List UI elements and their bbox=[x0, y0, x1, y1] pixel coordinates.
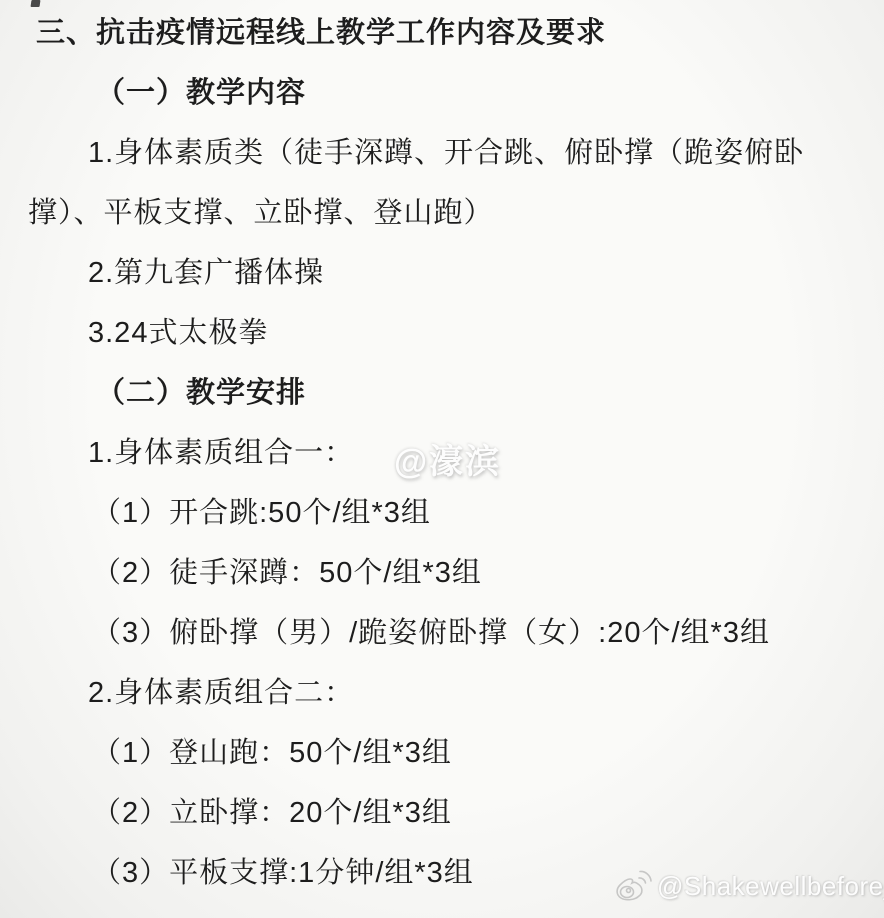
doc-line: （1）登山跑：50个/组*3组 bbox=[0, 723, 884, 783]
document-page: 三、抗击疫情远程线上教学工作内容及要求 （一）教学内容 1.身体素质类（徒手深蹲… bbox=[0, 0, 884, 918]
weibo-icon bbox=[612, 868, 652, 904]
watermark-bottom-text: @Shakewellbefore_ bbox=[657, 871, 884, 902]
page-title: 三、抗击疫情远程线上教学工作内容及要求 bbox=[0, 3, 884, 63]
watermark-center-text: @濠滨 bbox=[394, 443, 501, 481]
doc-line: （2）立卧撑：20个/组*3组 bbox=[0, 783, 884, 843]
doc-line: （1）开合跳:50个/组*3组 bbox=[0, 483, 884, 543]
doc-line: 撑）、平板支撑、立卧撑、登山跑） bbox=[0, 183, 884, 243]
section-heading-2: （二）教学安排 bbox=[0, 363, 884, 423]
watermark-bottom: @Shakewellbefore_ bbox=[612, 868, 884, 904]
section-heading-1: （一）教学内容 bbox=[0, 63, 884, 123]
doc-line: 1.身体素质类（徒手深蹲、开合跳、俯卧撑（跪姿俯卧 bbox=[0, 123, 884, 183]
doc-line: （2）徒手深蹲：50个/组*3组 bbox=[0, 543, 884, 603]
watermark-center: @濠滨 bbox=[394, 434, 501, 483]
doc-line: 2.身体素质组合二： bbox=[0, 663, 884, 723]
doc-line: （3）俯卧撑（男）/跪姿俯卧撑（女）:20个/组*3组 bbox=[0, 603, 884, 663]
doc-line: 2.第九套广播体操 bbox=[0, 243, 884, 303]
doc-line: 3.24式太极拳 bbox=[0, 303, 884, 363]
